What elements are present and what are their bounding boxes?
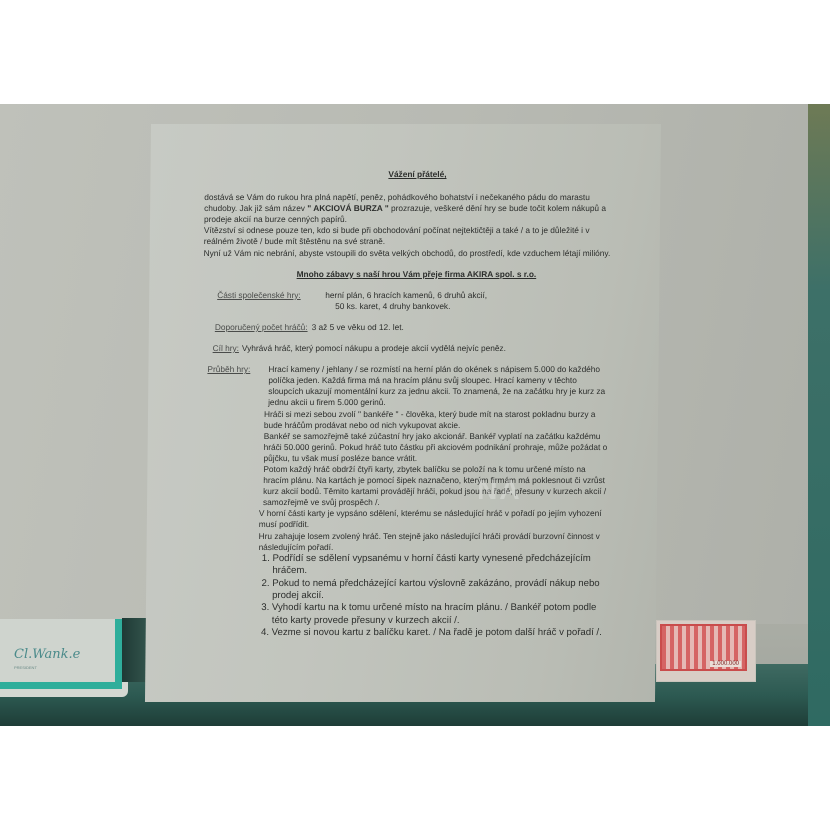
right-edge-background xyxy=(808,104,830,726)
watermark: NA xyxy=(477,474,522,506)
gameplay-step: Podřídí se sdělení vypsanému v horní čás… xyxy=(272,553,608,578)
components-value: herní plán, 6 hracích kamenů, 6 druhů ak… xyxy=(325,290,487,312)
document-subtitle: Mnoho zábavy s naší hrou Vám přeje firma… xyxy=(221,269,611,280)
components-line: herní plán, 6 hracích kamenů, 6 druhů ak… xyxy=(325,290,487,301)
gameplay-step: Vezme si novou kartu z balíčku karet. / … xyxy=(272,627,608,639)
banknote-card: 1.000.000 xyxy=(656,620,756,682)
goal-value: Vyhrává hráč, který pomocí nákupu a prod… xyxy=(242,343,506,354)
intro-paragraph-1: dostává se Vám do rukou hra plná napětí,… xyxy=(204,192,612,225)
goal-label: Cíl hry: xyxy=(213,343,239,354)
players-value: 3 až 5 ve věku od 12. let. xyxy=(312,322,404,333)
certificate-small-text: PRESIDENT xyxy=(14,665,37,670)
section-players: Doporučený počet hráčů: 3 až 5 ve věku o… xyxy=(221,322,611,333)
section-gameplay: Průběh hry: Hrací kameny / jehlany / se … xyxy=(218,364,611,639)
gameplay-steps: Podřídí se sdělení vypsanému v horní čás… xyxy=(258,553,609,640)
certificate-signature: Cl.Wank.e xyxy=(14,647,80,662)
gameplay-paragraph: Hráči si mezi sebou zvolí " bankéře " - … xyxy=(264,409,610,431)
banknote-value: 1.000.000 xyxy=(710,661,741,667)
gameplay-paragraph: Potom každý hráč obdrží čtyři karty, zby… xyxy=(263,464,609,508)
photo-scene: Cl.Wank.e PRESIDENT 1.000.000 Vážení přá… xyxy=(0,104,830,726)
rules-sheet: Vážení přátelé, dostává se Vám do rukou … xyxy=(145,124,661,702)
components-label: Části společenské hry: xyxy=(217,290,325,312)
share-certificate: Cl.Wank.e PRESIDENT xyxy=(0,619,128,697)
game-name: " AKCIOVÁ BURZA " xyxy=(307,203,389,213)
intro-text: dostává se Vám do rukou hra plná napětí,… xyxy=(204,192,613,259)
gameplay-paragraph: Bankéř se samozřejmě také zúčastní hry j… xyxy=(263,431,609,464)
gameplay-paragraph: Hru zahajuje losem zvolený hráč. Ten ste… xyxy=(259,531,609,553)
gameplay-paragraph: Hrací kameny / jehlany / se rozmístí na … xyxy=(268,364,610,408)
gameplay-step: Pokud to nemá předcházející kartou výslo… xyxy=(272,578,608,603)
gameplay-paragraph: V horní části karty je vypsáno sdělení, … xyxy=(259,508,609,530)
components-line: 50 ks. karet, 4 druhy bankovek. xyxy=(325,301,487,312)
intro-paragraph-3: Nyní už Vám nic nebrání, abyste vstoupil… xyxy=(204,248,612,259)
rules-document: Vážení přátelé, dostává se Vám do rukou … xyxy=(218,169,613,640)
document-title: Vážení přátelé, xyxy=(222,169,612,180)
gameplay-step: Vyhodí kartu na k tomu určené místo na h… xyxy=(272,602,608,627)
gameplay-label: Průběh hry: xyxy=(207,364,250,375)
gameplay-body: Hrací kameny / jehlany / se rozmístí na … xyxy=(266,364,611,639)
intro-paragraph-2: Vítězství si odnese pouze ten, kdo si bu… xyxy=(204,225,612,247)
section-components: Části společenské hry: herní plán, 6 hra… xyxy=(221,290,611,312)
section-goal: Cíl hry: Vyhrává hráč, který pomocí náku… xyxy=(221,343,611,354)
players-label: Doporučený počet hráčů: xyxy=(215,322,308,333)
